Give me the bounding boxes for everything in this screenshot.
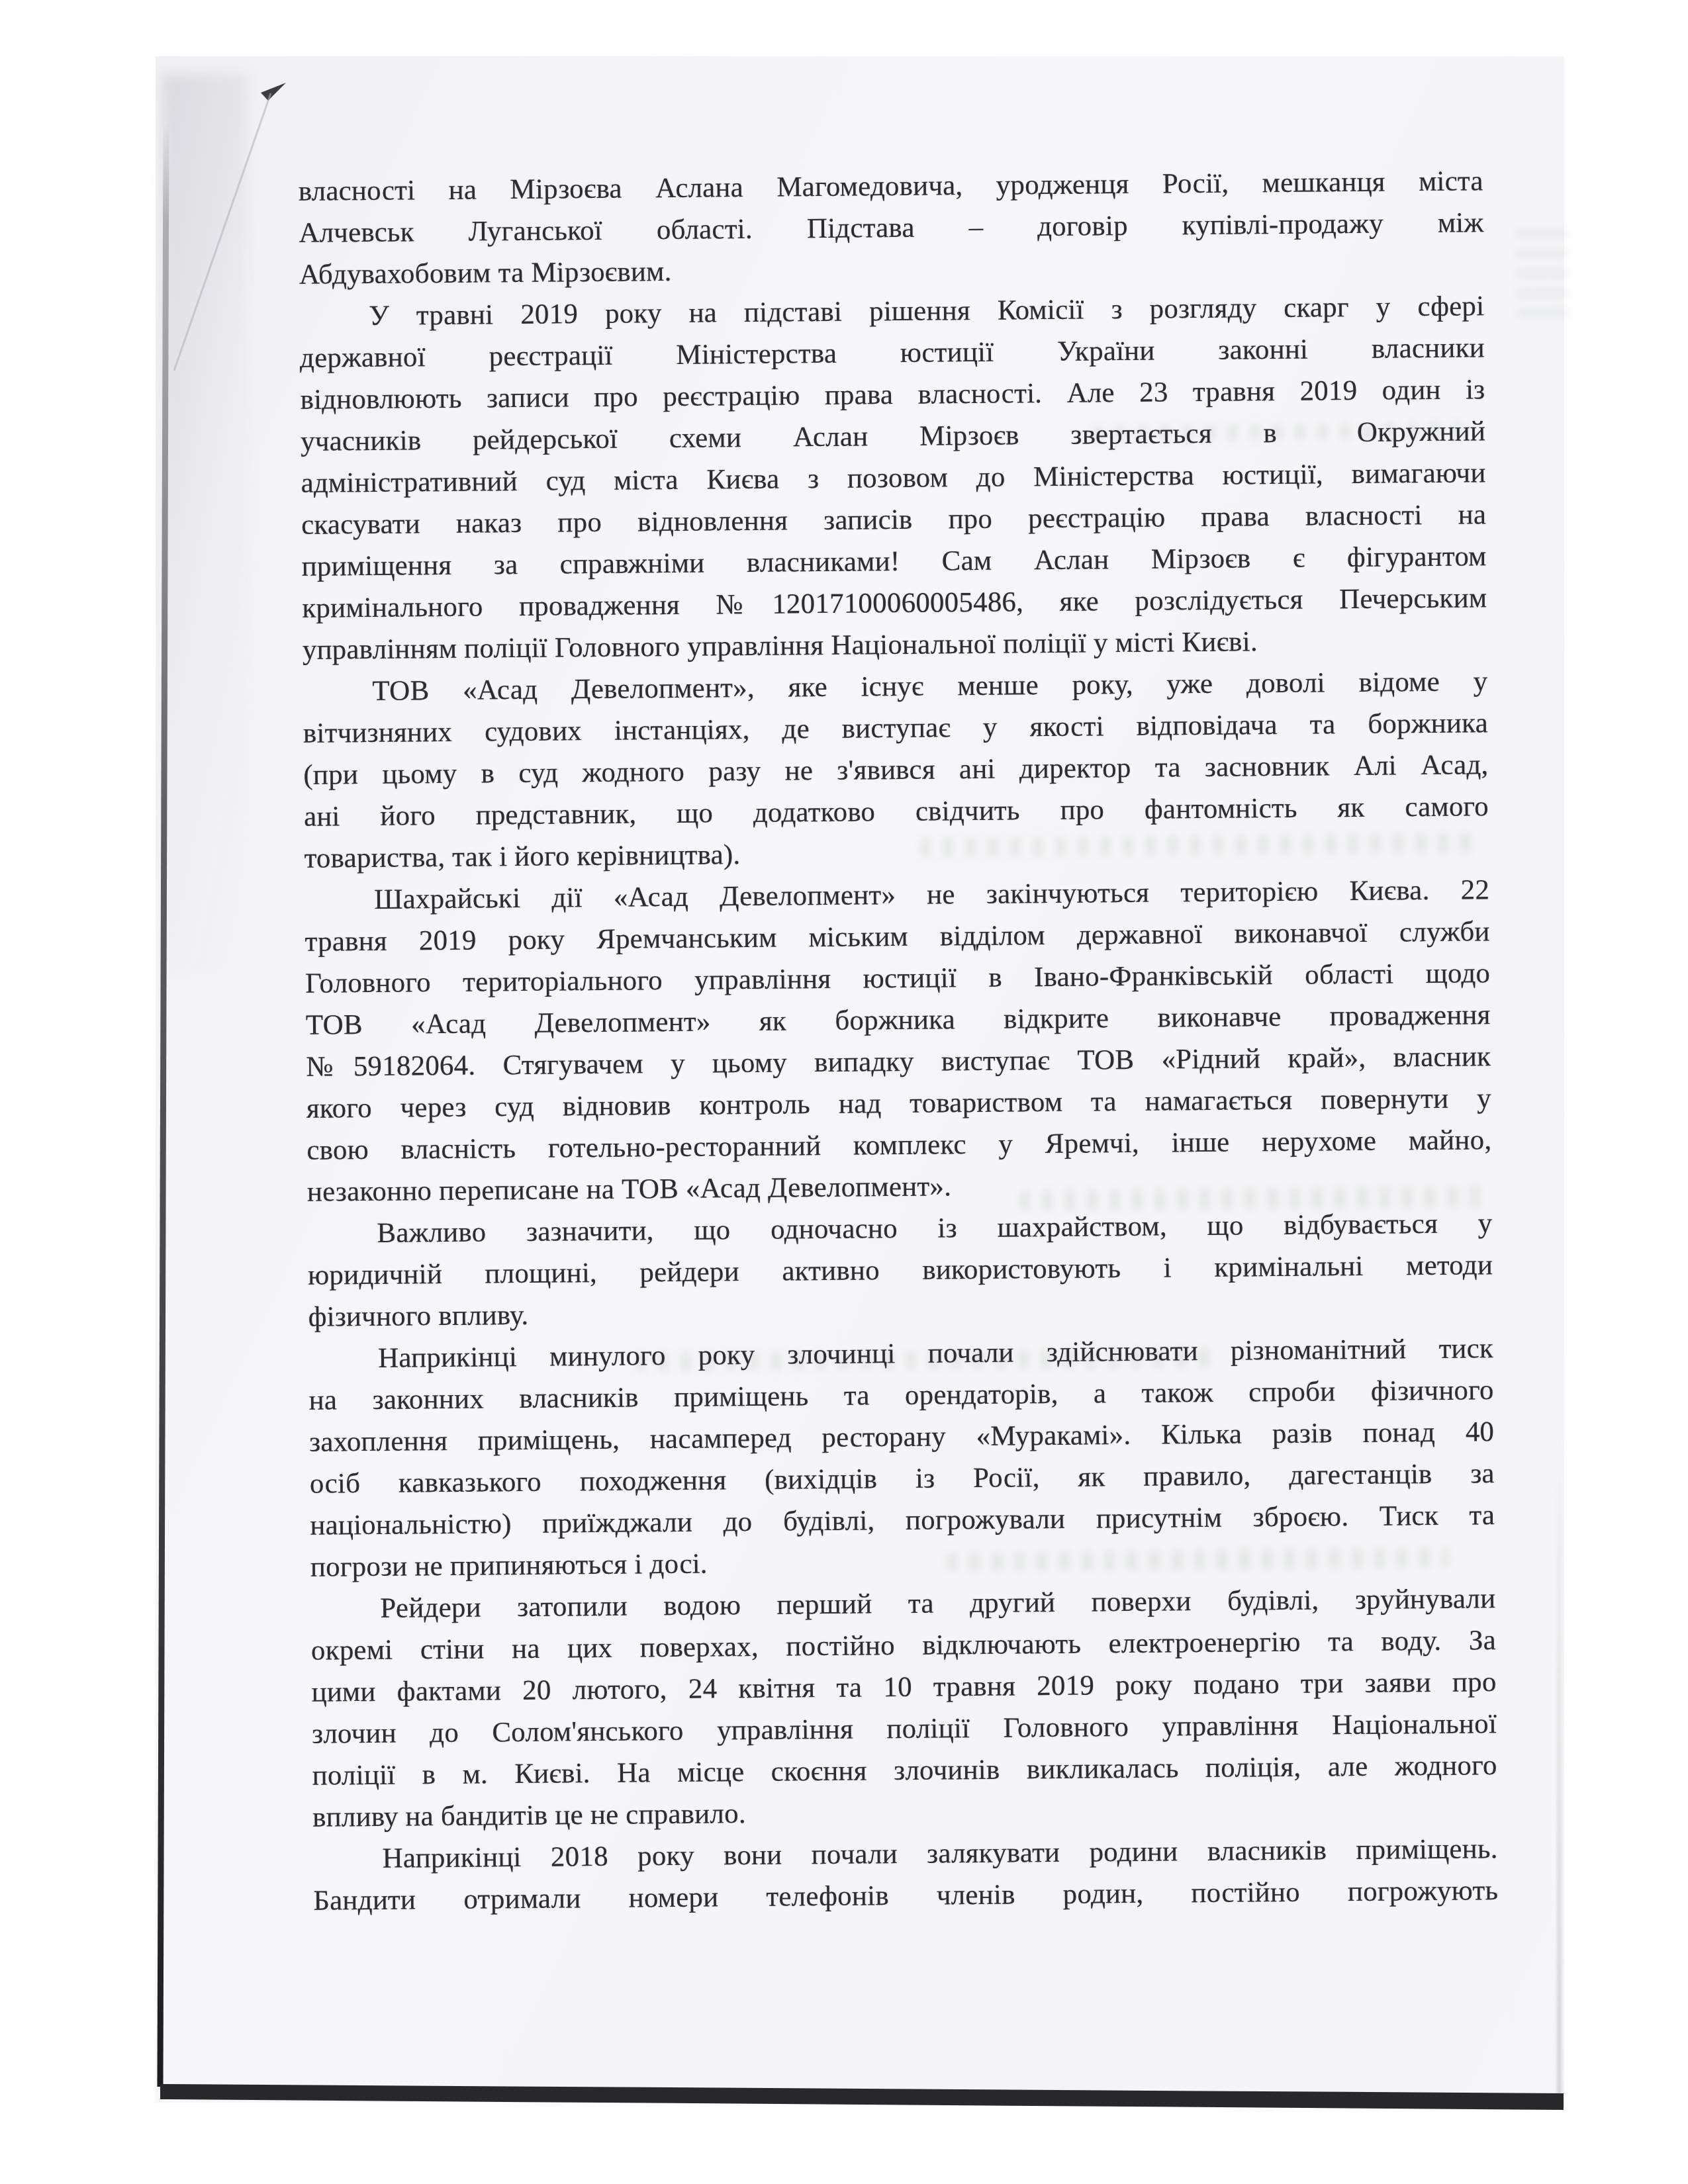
bottom-edge-bar [160, 2084, 1564, 2110]
left-edge-line [160, 123, 166, 2087]
text-block: власності на Мірзоєва Аслана Магомедович… [298, 160, 1498, 1922]
corner-fold-wedge-icon [261, 83, 286, 101]
crease-line [174, 93, 271, 371]
scanned-document-page: власності на Мірзоєва Аслана Магомедович… [0, 0, 1688, 2184]
ghost-text-artifact [1515, 218, 1569, 318]
